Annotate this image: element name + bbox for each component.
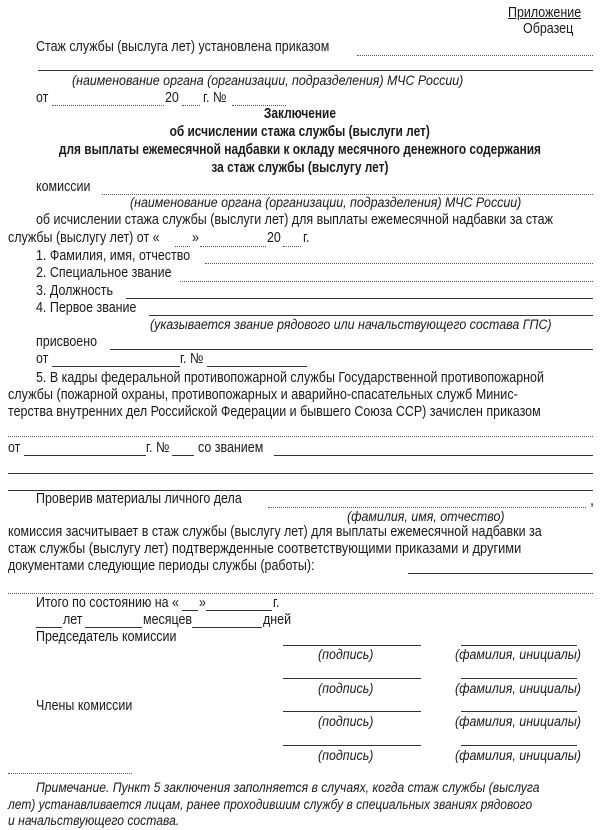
member1-signature-hint: (подпись) — [318, 680, 373, 697]
commission-para-2a: службы (выслугу лет) от « — [8, 230, 160, 247]
total-years-field[interactable] — [36, 627, 62, 628]
item5-extra-line-1[interactable] — [8, 473, 593, 474]
month-field[interactable] — [200, 246, 266, 247]
year-prefix: 20 — [165, 90, 179, 107]
note-divider — [8, 773, 132, 774]
established-label: Стаж службы (выслуга лет) установлена пр… — [36, 39, 329, 56]
chairman-name-hint: (фамилия, инициалы) — [455, 646, 581, 663]
total-month-field[interactable] — [206, 610, 272, 611]
field-fio-label: 1. Фамилия, имя, отчество — [36, 248, 190, 265]
total-months-field[interactable] — [85, 627, 142, 628]
note-line-1: Примечание. Пункт 5 заключения заполняет… — [36, 779, 539, 796]
commission-para-2d: г. — [303, 230, 310, 247]
commission-org-hint: (наименование органа (организации, подра… — [130, 194, 521, 211]
rank-field[interactable] — [180, 281, 593, 282]
sample-label: Образец — [523, 21, 573, 38]
commission-para-2c: 20 — [267, 230, 281, 247]
item5-line-2: службы (пожарной охраны, противопожарных… — [8, 387, 518, 404]
commission-para-1: об исчислении стажа службы (выслуги лет)… — [36, 212, 553, 229]
doc-subtitle-2: для выплаты ежемесячной надбавки к оклад… — [0, 142, 600, 159]
org-hint: (наименование органа (организации, подра… — [72, 72, 463, 89]
position-field[interactable] — [126, 298, 593, 299]
doc-subtitle-1: об исчислении стажа службы (выслуги лет) — [0, 124, 600, 141]
fio-field[interactable] — [205, 263, 593, 264]
review-line-1: комиссия засчитывает в стаж службы (высл… — [8, 524, 542, 541]
chairman-label: Председатель комиссии — [36, 629, 176, 646]
assigned-g-no-label: г. № — [180, 351, 203, 368]
org-field[interactable] — [38, 70, 593, 71]
member2-name-hint: (фамилия, инициалы) — [455, 713, 581, 730]
commission-label: комиссии — [36, 179, 90, 196]
day-field[interactable] — [175, 246, 190, 247]
total-years-label: лет — [63, 612, 83, 629]
appendix-label: Приложение — [508, 5, 581, 22]
first-rank-hint: (указывается звание рядового или начальс… — [150, 316, 552, 333]
member3-name-hint: (фамилия, инициалы) — [455, 747, 581, 764]
field-first-rank-label: 4. Первое звание — [36, 300, 136, 317]
member3-name-field[interactable] — [461, 745, 577, 746]
member1-signature-field[interactable] — [283, 678, 421, 679]
chairman-signature-hint: (подпись) — [318, 646, 373, 663]
members-label: Члены комиссии — [36, 698, 132, 715]
member1-name-field[interactable] — [461, 678, 577, 679]
assigned-label: присвоено — [36, 334, 97, 351]
assigned-field[interactable] — [110, 349, 593, 350]
total-day-field[interactable] — [182, 610, 198, 611]
member2-signature-field[interactable] — [283, 711, 421, 712]
item5-g-no-label: г. № — [146, 440, 169, 457]
total-months-label: месяцев — [143, 612, 192, 629]
note-line-2: лет) устанавливается лицам, ранее проход… — [8, 796, 532, 813]
periods-field[interactable] — [408, 573, 593, 574]
item5-date-field[interactable] — [24, 455, 146, 456]
member1-name-hint: (фамилия, инициалы) — [455, 680, 581, 697]
periods-field-2[interactable] — [8, 593, 593, 594]
review-line-2: стаж службы (выслугу лет) подтвержденные… — [8, 541, 521, 558]
assigned-date-field[interactable] — [52, 366, 180, 367]
member2-signature-hint: (подпись) — [318, 713, 373, 730]
item5-line-3: терства внутренних дел Российской Федера… — [8, 404, 541, 421]
member2-name-field[interactable] — [461, 711, 577, 712]
item5-number-field[interactable] — [172, 455, 194, 456]
review-comma: , — [590, 493, 594, 510]
year-field-2[interactable] — [283, 246, 301, 247]
total-as-of-c: г. — [273, 595, 280, 612]
doc-title: Заключение — [0, 106, 600, 123]
item5-rank-label: со званием — [198, 440, 263, 457]
total-days-label: дней — [263, 612, 291, 629]
review-line-3: документами следующие периоды службы (ра… — [8, 558, 314, 575]
review-checked-label: Проверив материалы личного дела — [36, 491, 242, 508]
assigned-from-label: от — [36, 351, 48, 368]
member3-signature-field[interactable] — [283, 745, 421, 746]
assigned-number-field[interactable] — [207, 366, 307, 367]
g-no-label: г. № — [203, 90, 226, 107]
order-field[interactable] — [357, 55, 593, 56]
enrollment-order-field[interactable] — [8, 436, 593, 437]
total-as-of-b: » — [199, 595, 206, 612]
item5-rank-field[interactable] — [274, 455, 593, 456]
review-fio-hint: (фамилия, имя, отчество) — [347, 508, 505, 525]
total-as-of-label: Итого по состоянию на « — [36, 595, 179, 612]
doc-subtitle-3: за стаж службы (выслугу лет) — [0, 160, 600, 177]
commission-para-2b: » — [192, 230, 199, 247]
from-label: от — [36, 90, 48, 107]
item5-from-label: от — [8, 440, 20, 457]
note-line-3: и начальствующего состава. — [8, 812, 179, 829]
item5-line-1: 5. В кадры федеральной противопожарной с… — [36, 370, 544, 387]
field-position-label: 3. Должность — [36, 283, 113, 300]
field-rank-label: 2. Специальное звание — [36, 265, 172, 282]
total-days-field[interactable] — [192, 627, 262, 628]
member3-signature-hint: (подпись) — [318, 747, 373, 764]
